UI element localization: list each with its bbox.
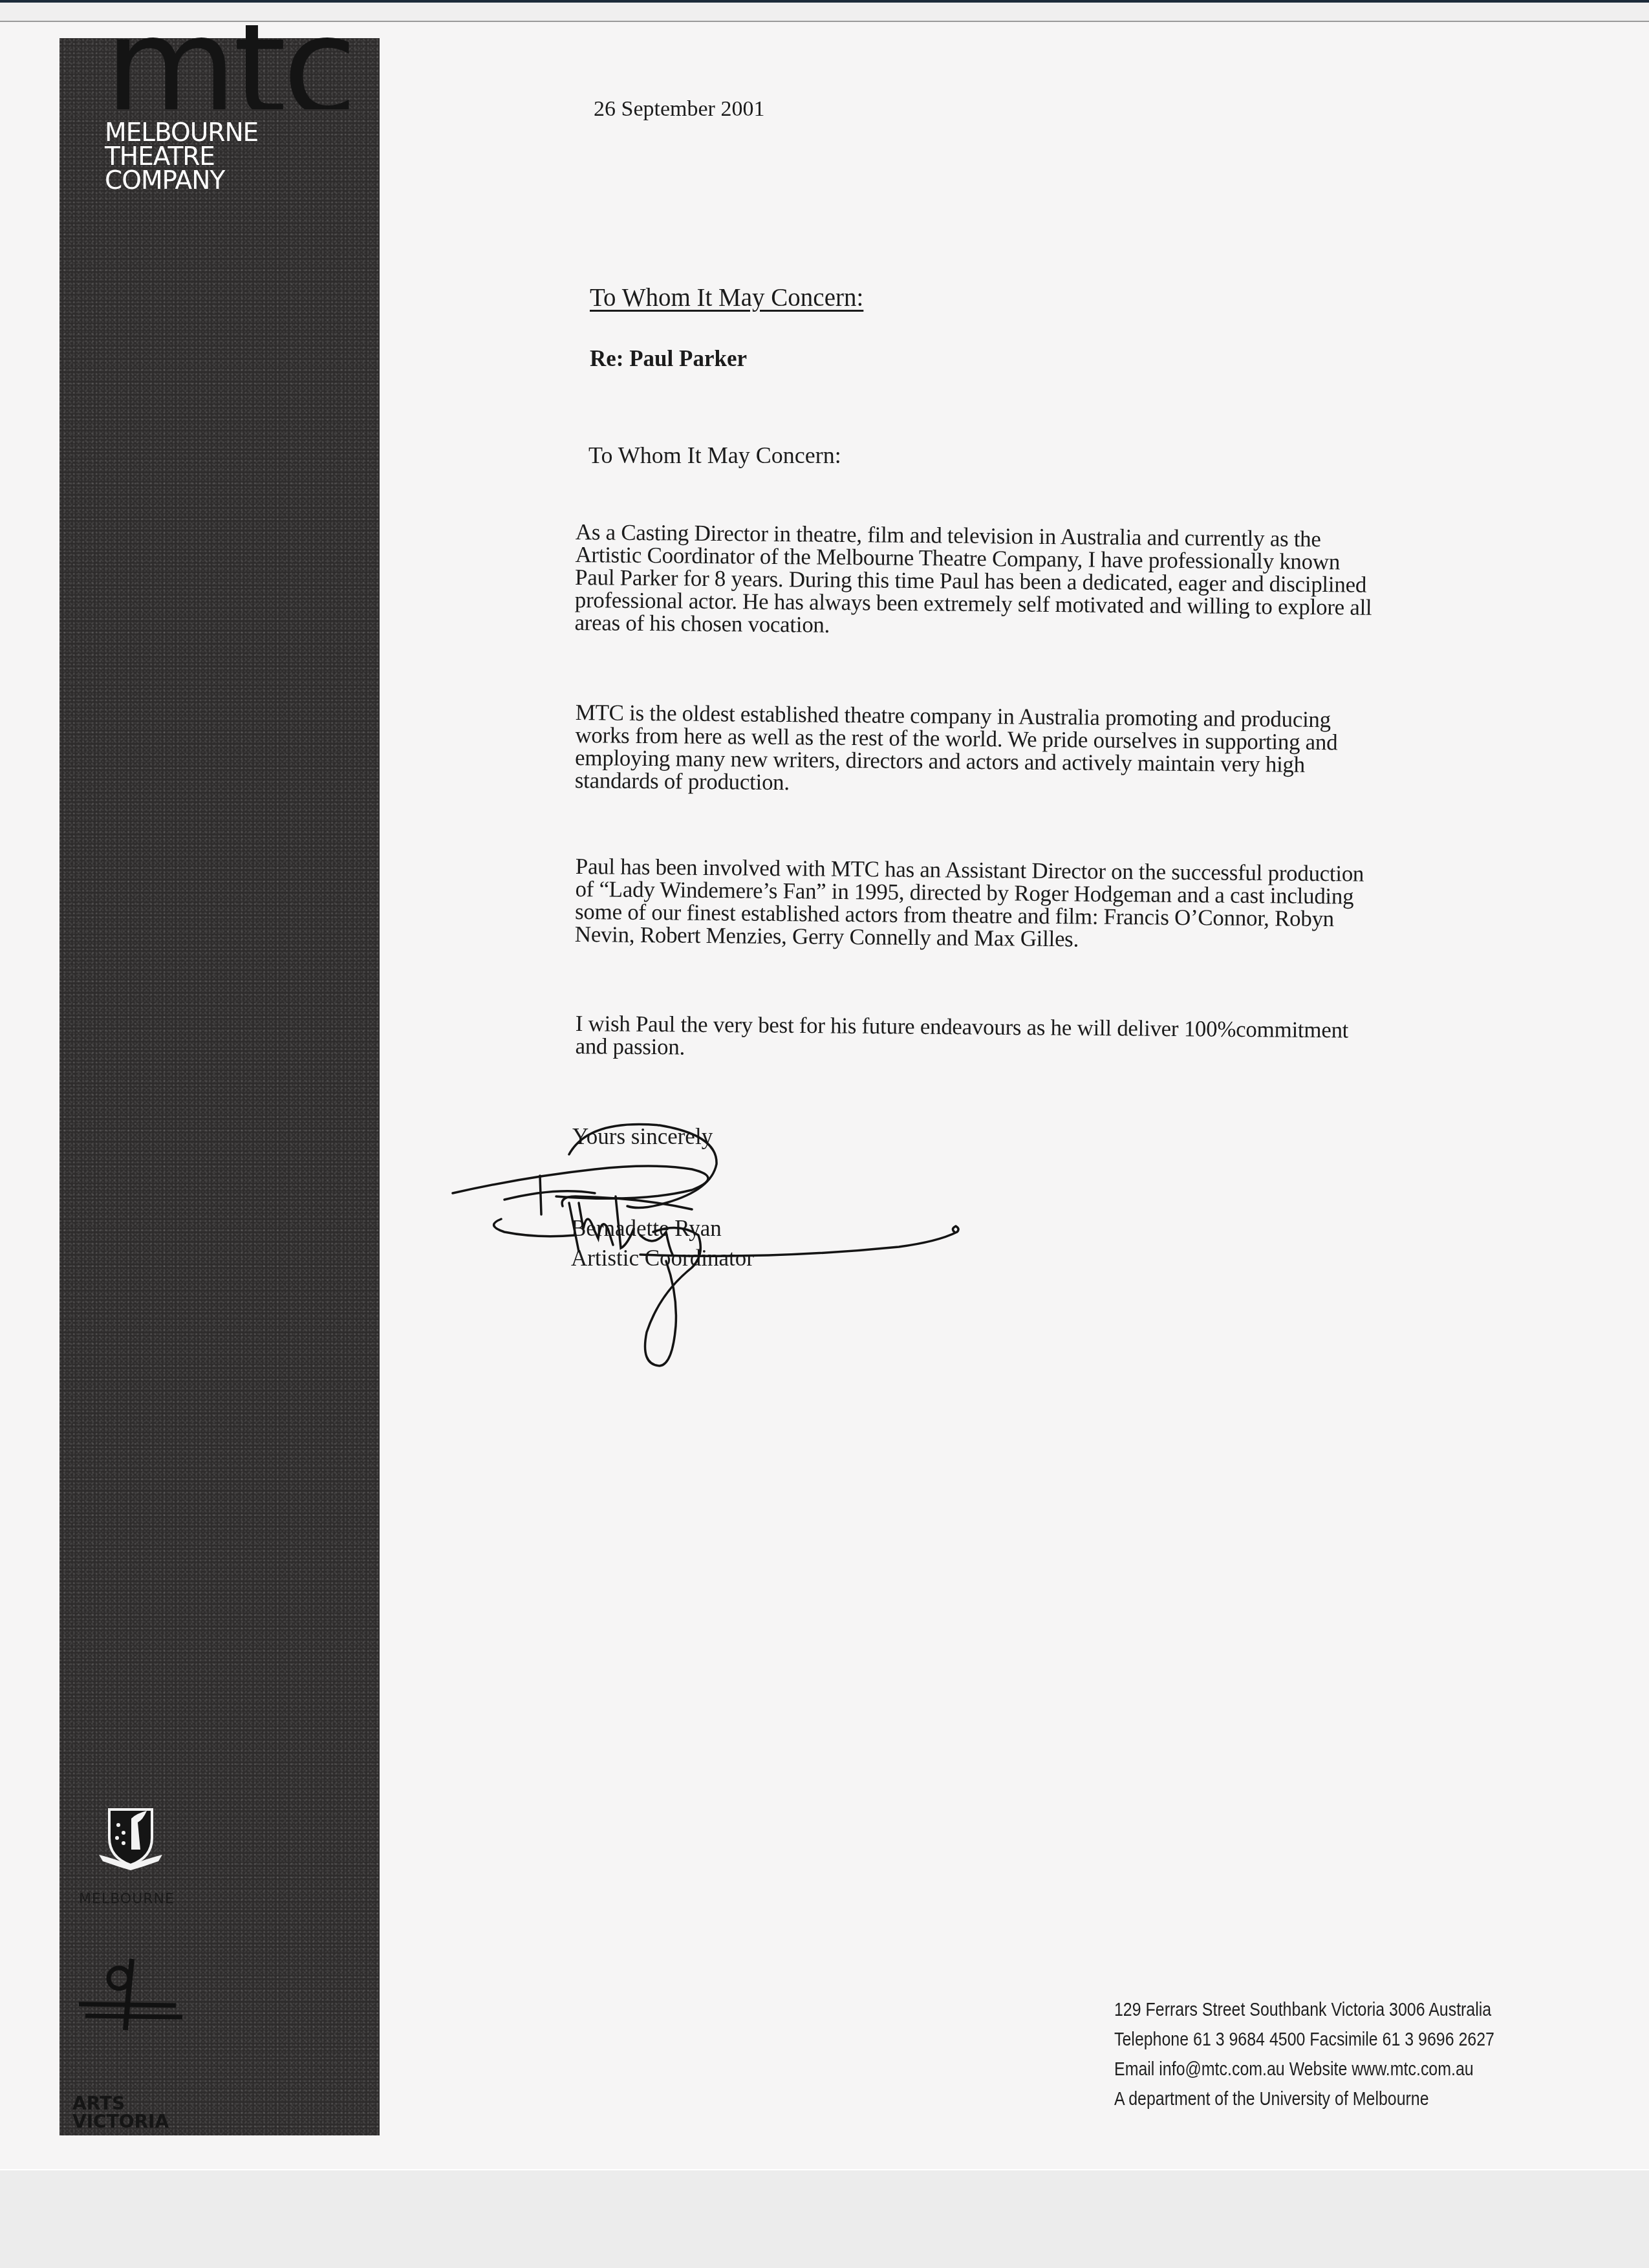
scan-top-edge	[0, 0, 1649, 21]
arts-text-line: VICTORIA	[72, 2113, 169, 2131]
scan-bottom-margin	[0, 2169, 1649, 2268]
paragraph: As a Casting Director in theatre, film a…	[574, 521, 1584, 643]
letter-subject: Re: Paul Parker	[590, 346, 747, 372]
university-wordmark: MELBOURNE	[79, 1891, 175, 1907]
mtc-logo: mtc	[105, 25, 383, 109]
letter-date: 26 September 2001	[594, 97, 764, 122]
letterhead-footer: 129 Ferrars Street Southbank Victoria 30…	[1114, 1995, 1494, 2114]
footer-address: 129 Ferrars Street Southbank Victoria 30…	[1114, 1995, 1494, 2025]
university-crest-icon	[95, 1800, 166, 1872]
letterhead-sidebar: mtc MELBOURNE THEATRE COMPANY MELBOURNE …	[59, 38, 380, 2135]
paragraph: I wish Paul the very best for his future…	[575, 1012, 1584, 1066]
footer-phone-fax: Telephone 61 3 9684 4500 Facsimile 61 3 …	[1114, 2025, 1494, 2055]
letter-salutation: To Whom It May Concern:	[588, 442, 841, 469]
organization-name: MELBOURNE THEATRE COMPANY	[105, 121, 258, 193]
footer-email-website: Email info@mtc.com.au Website www.mtc.co…	[1114, 2055, 1494, 2084]
letter-heading: To Whom It May Concern:	[590, 283, 863, 312]
organization-name-line: THEATRE	[105, 145, 258, 169]
arts-text-line: ARTS	[72, 2095, 169, 2113]
paragraph: MTC is the oldest established theatre co…	[575, 701, 1584, 801]
arts-victoria-logo-text: ARTS VICTORIA	[72, 2095, 169, 2131]
footer-affiliation: A department of the University of Melbou…	[1114, 2084, 1494, 2114]
arts-victoria-figure-icon	[72, 1946, 189, 2036]
paragraph: Paul has been involved with MTC has an A…	[575, 855, 1584, 955]
organization-name-line: MELBOURNE	[105, 121, 258, 145]
handwritten-signature-icon	[446, 1099, 1158, 1371]
organization-name-line: COMPANY	[105, 169, 258, 193]
letter-page: mtc MELBOURNE THEATRE COMPANY MELBOURNE …	[0, 21, 1649, 2170]
